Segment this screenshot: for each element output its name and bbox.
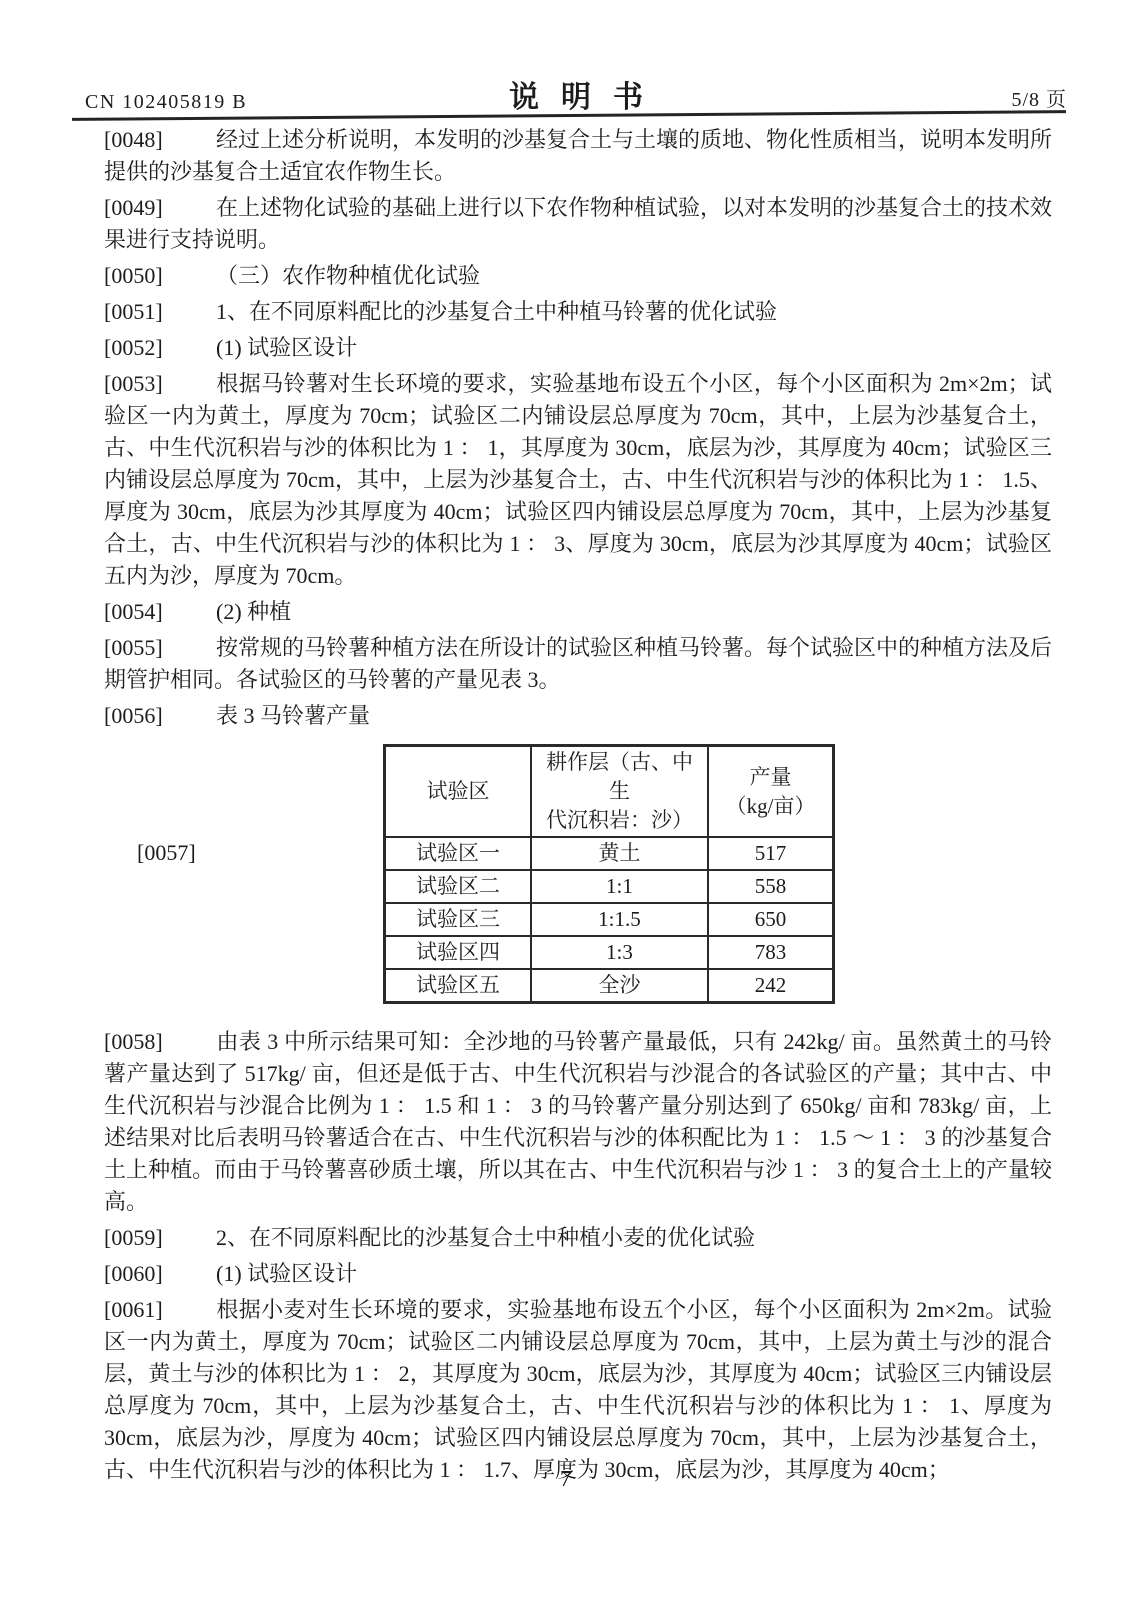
cell-area: 试验区二 [385,870,531,903]
header-cell-tillage-layer: 耕作层（古、中生 代沉积岩：沙） [531,746,708,838]
header-cell-yield: 产量 （kg/亩） [708,746,833,838]
paragraph-text: 根据小麦对生长环境的要求，实验基地布设五个小区，每个小区面积为 2m×2m。试验… [104,1297,1052,1482]
paragraph-number: [0060] [104,1258,216,1290]
cell-yield: 650 [708,903,833,936]
cell-area: 试验区三 [385,903,531,936]
paragraph-0049: [0049]在上述物化试验的基础上进行以下农作物种植试验，以对本发明的沙基复合土… [104,192,1052,256]
cell-area: 试验区四 [385,936,531,969]
paragraph-0060: [0060](1) 试验区设计 [104,1258,1052,1290]
paragraph-text: (2) 种植 [216,599,291,624]
cell-layer: 1:3 [531,936,708,969]
paragraph-text: (1) 试验区设计 [216,335,357,360]
document-title: 说明书 [487,72,665,116]
header-cell-test-area: 试验区 [385,746,531,838]
paragraph-number: [0049] [104,192,216,224]
paragraph-0053: [0053]根据马铃薯对生长环境的要求，实验基地布设五个小区，每个小区面积为 2… [104,368,1052,592]
table-row: 试验区三 1:1.5 650 [385,903,834,936]
paragraph-number: [0051] [104,296,216,328]
paragraph-number: [0052] [104,332,216,364]
page-header: CN 102405819 B 说明书 5/8 页 [85,76,1067,116]
cell-yield: 242 [708,969,833,1003]
patent-number: CN 102405819 B [85,91,247,114]
paragraph-text: 按常规的马铃薯种植方法在所设计的试验区种植马铃薯。每个试验区中的种植方法及后期管… [104,635,1052,692]
paragraph-number: [0055] [104,632,216,664]
cell-area: 试验区一 [385,837,531,870]
paragraph-0058: [0058]由表 3 中所示结果可知：全沙地的马铃薯产量最低，只有 242kg/… [104,1026,1052,1218]
paragraph-text: 2、在不同原料配比的沙基复合土中种植小麦的优化试验 [216,1225,755,1250]
paragraph-0054: [0054](2) 种植 [104,596,1052,628]
table-row: 试验区四 1:3 783 [385,936,834,969]
footer-page-number: 7 [0,1466,1131,1492]
paragraph-0059: [0059]2、在不同原料配比的沙基复合土中种植小麦的优化试验 [104,1222,1052,1254]
paragraph-number: [0059] [104,1222,216,1254]
paragraph-text: 根据马铃薯对生长环境的要求，实验基地布设五个小区，每个小区面积为 2m×2m；试… [104,371,1052,588]
paragraph-0050: [0050]（三）农作物种植优化试验 [104,260,1052,292]
paragraph-0061: [0061]根据小麦对生长环境的要求，实验基地布设五个小区，每个小区面积为 2m… [104,1294,1052,1486]
cell-yield: 517 [708,837,833,870]
paragraph-number-0057: [0057] [137,840,196,866]
paragraph-0056-table-caption: [0056]表 3 马铃薯产量 [104,700,1052,732]
paragraph-number: [0048] [104,124,216,156]
cell-layer: 全沙 [531,969,708,1003]
paragraph-text: （三）农作物种植优化试验 [216,263,480,288]
cell-area: 试验区五 [385,969,531,1003]
paragraph-text: 在上述物化试验的基础上进行以下农作物种植试验，以对本发明的沙基复合土的技术效果进… [104,195,1052,252]
paragraph-number: [0054] [104,596,216,628]
paragraph-number: [0058] [104,1026,216,1058]
table-3-potato-yield: 试验区 耕作层（古、中生 代沉积岩：沙） 产量 （kg/亩） 试验区一 黄土 5… [383,744,835,1004]
paragraph-number: [0061] [104,1294,216,1326]
cell-yield: 783 [708,936,833,969]
table-caption: 表 3 马铃薯产量 [216,703,370,728]
cell-layer: 1:1 [531,870,708,903]
table-row: 试验区一 黄土 517 [385,837,834,870]
patent-page: CN 102405819 B 说明书 5/8 页 [0048]经过上述分析说明，… [0,0,1131,1600]
table-3-block: [0057] 试验区 耕作层（古、中生 代沉积岩：沙） 产量 （kg/亩） 试验… [383,744,839,1004]
paragraph-text: 1、在不同原料配比的沙基复合土中种植马铃薯的优化试验 [216,299,777,324]
paragraph-text: 由表 3 中所示结果可知：全沙地的马铃薯产量最低，只有 242kg/ 亩。虽然黄… [104,1029,1052,1214]
table-row: 试验区二 1:1 558 [385,870,834,903]
paragraph-text: 经过上述分析说明，本发明的沙基复合土与土壤的质地、物化性质相当，说明本发明所提供… [104,127,1052,184]
paragraph-0048: [0048]经过上述分析说明，本发明的沙基复合土与土壤的质地、物化性质相当，说明… [104,124,1052,188]
paragraph-number: [0056] [104,700,216,732]
paragraph-0051: [0051]1、在不同原料配比的沙基复合土中种植马铃薯的优化试验 [104,296,1052,328]
cell-layer: 黄土 [531,837,708,870]
table-header-row: 试验区 耕作层（古、中生 代沉积岩：沙） 产量 （kg/亩） [385,746,834,838]
paragraph-0052: [0052](1) 试验区设计 [104,332,1052,364]
cell-yield: 558 [708,870,833,903]
table-row: 试验区五 全沙 242 [385,969,834,1003]
page-indicator: 5/8 页 [1011,83,1067,112]
paragraph-text: (1) 试验区设计 [216,1261,357,1286]
paragraph-0055: [0055]按常规的马铃薯种植方法在所设计的试验区种植马铃薯。每个试验区中的种植… [104,632,1052,696]
paragraph-number: [0050] [104,260,216,292]
page-content: [0048]经过上述分析说明，本发明的沙基复合土与土壤的质地、物化性质相当，说明… [104,124,1052,1490]
paragraph-number: [0053] [104,368,216,400]
cell-layer: 1:1.5 [531,903,708,936]
